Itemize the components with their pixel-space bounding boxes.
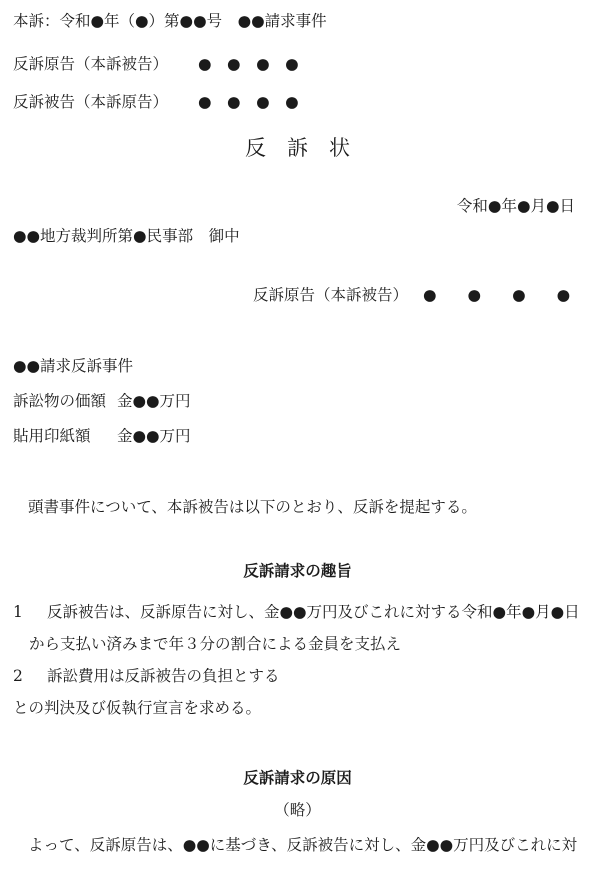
suit-value-line: 訴訟物の価額金●●万円 <box>13 390 191 412</box>
counter-plaintiff-line: 反訴原告（本訴被告）● ● ● ● <box>13 53 299 75</box>
claim-item-2-text: 訴訟費用は反訴被告の負担とする <box>47 667 280 685</box>
claim-purport-heading: 反訴請求の趣旨 <box>0 560 595 582</box>
counter-defendant-name-placeholder: ● ● ● ● <box>198 93 299 111</box>
claim-item-1-number: 1 <box>13 601 47 623</box>
stamp-fee-amount: 金●●万円 <box>117 427 191 445</box>
claim-item-1-text: 反訴被告は、反訴原告に対し、金●●万円及びこれに対する令和●年●月●日 <box>47 603 580 621</box>
claim-item-2-number: 2 <box>13 665 47 687</box>
counter-defendant-label: 反訴被告（本訴原告） <box>13 93 168 111</box>
introduction-sentence: 頭書事件について、本訴被告は以下のとおり、反訴を提起する。 <box>13 496 477 518</box>
original-case-reference: 本訴：令和●年（●）第●●号 ●●請求事件 <box>13 10 327 32</box>
claim-closing-sentence: との判決及び仮執行宣言を求める。 <box>13 697 261 719</box>
suit-value-amount: 金●●万円 <box>117 392 191 410</box>
signature-name-placeholder: ● ● ● ● <box>423 286 570 304</box>
claim-item-2: 2訴訟費用は反訴被告の負担とする <box>13 665 280 687</box>
claim-item-1-line-1: 1反訴被告は、反訴原告に対し、金●●万円及びこれに対する令和●年●月●日 <box>13 601 580 623</box>
claim-item-1-line-2: から支払い済みまで年３分の割合による金員を支払え <box>29 633 401 655</box>
claim-cause-heading: 反訴請求の原因 <box>0 767 595 789</box>
counter-plaintiff-name-placeholder: ● ● ● ● <box>198 55 299 73</box>
signature-line: 反訴原告（本訴被告）● ● ● ● <box>253 284 570 306</box>
counterclaim-case-name: ●●請求反訴事件 <box>13 355 133 377</box>
omitted-marker: （略） <box>0 799 595 821</box>
suit-value-label: 訴訟物の価額 <box>13 390 117 412</box>
counter-defendant-line: 反訴被告（本訴原告）● ● ● ● <box>13 91 299 113</box>
counterclaim-document: 本訴：令和●年（●）第●●号 ●●請求事件 反訴原告（本訴被告）● ● ● ● … <box>0 0 595 874</box>
court-address-line: ●●地方裁判所第●民事部 御中 <box>13 225 240 247</box>
signature-label: 反訴原告（本訴被告） <box>253 286 408 304</box>
stamp-fee-line: 貼用印紙額金●●万円 <box>13 425 191 447</box>
stamp-fee-label: 貼用印紙額 <box>13 425 117 447</box>
conclusion-sentence: よって、反訴原告は、●●に基づき、反訴被告に対し、金●●万円及びこれに対 <box>13 834 577 856</box>
document-date: 令和●年●月●日 <box>457 195 575 217</box>
counter-plaintiff-label: 反訴原告（本訴被告） <box>13 55 168 73</box>
document-title: 反 訴 状 <box>0 135 595 161</box>
